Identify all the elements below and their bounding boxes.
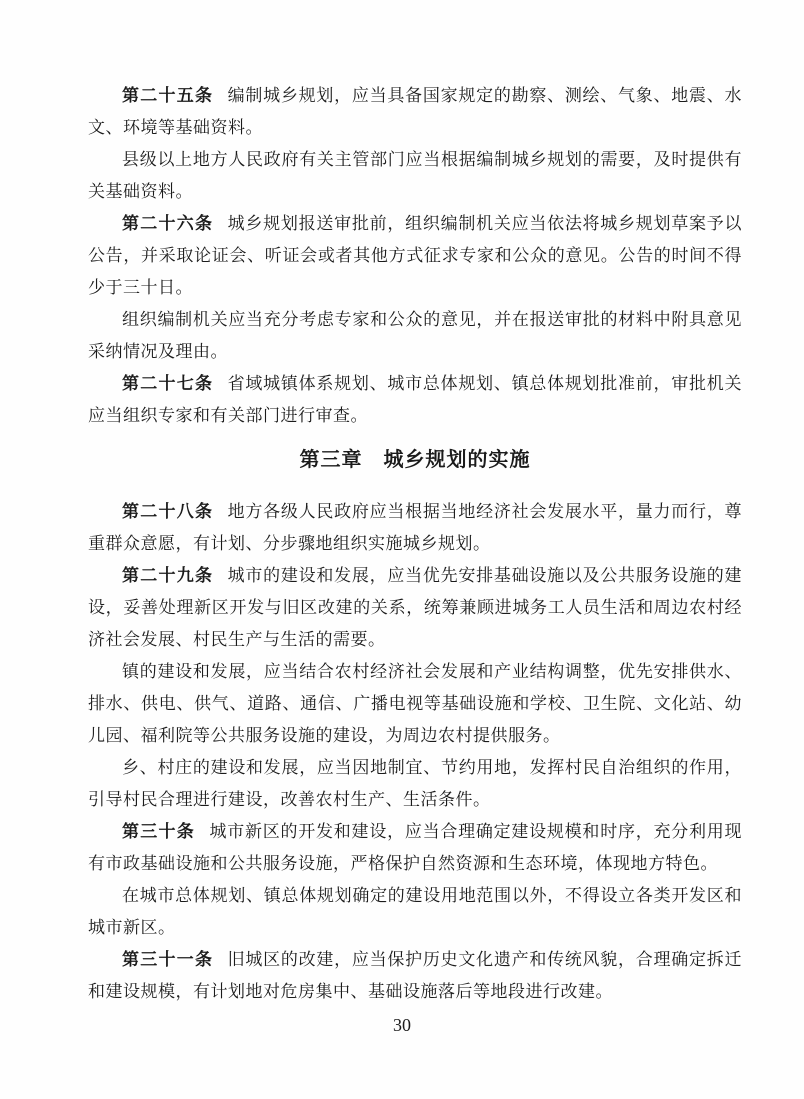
article-lead-paragraph: 第三十一条旧城区的改建，应当保护历史文化遗产和传统风貌，合理确定拆迁和建设规模，… (88, 944, 742, 1008)
article-number: 第三十一条 (122, 950, 213, 969)
article-number: 第二十九条 (122, 566, 213, 585)
article-paragraph: 县级以上地方人民政府有关主管部门应当根据编制城乡规划的需要，及时提供有关基础资料… (88, 144, 742, 208)
document-content: 第二十五条编制城乡规划，应当具备国家规定的勘察、测绘、气象、地震、水文、环境等基… (88, 80, 742, 1008)
page-number: 30 (0, 1012, 804, 1038)
article-number: 第二十五条 (122, 86, 213, 105)
document-page: 第二十五条编制城乡规划，应当具备国家规定的勘察、测绘、气象、地震、水文、环境等基… (0, 0, 804, 1099)
article-lead-paragraph: 第二十六条城乡规划报送审批前，组织编制机关应当依法将城乡规划草案予以公告，并采取… (88, 208, 742, 304)
article-lead-paragraph: 第二十五条编制城乡规划，应当具备国家规定的勘察、测绘、气象、地震、水文、环境等基… (88, 80, 742, 144)
article-paragraph: 组织编制机关应当充分考虑专家和公众的意见，并在报送审批的材料中附具意见采纳情况及… (88, 304, 742, 368)
article-paragraph: 在城市总体规划、镇总体规划确定的建设用地范围以外，不得设立各类开发区和城市新区。 (88, 880, 742, 944)
article-number: 第二十七条 (122, 374, 213, 393)
article-paragraph: 乡、村庄的建设和发展，应当因地制宜、节约用地，发挥村民自治组织的作用，引导村民合… (88, 752, 742, 816)
article-number: 第三十条 (122, 822, 195, 841)
article-lead-paragraph: 第二十八条地方各级人民政府应当根据当地经济社会发展水平，量力而行，尊重群众意愿，… (88, 496, 742, 560)
article-lead-paragraph: 第二十九条城市的建设和发展，应当优先安排基础设施以及公共服务设施的建设，妥善处理… (88, 560, 742, 656)
article-paragraph: 镇的建设和发展，应当结合农村经济社会发展和产业结构调整，优先安排供水、排水、供电… (88, 656, 742, 752)
article-number: 第二十八条 (122, 502, 213, 521)
article-lead-paragraph: 第三十条城市新区的开发和建设，应当合理确定建设规模和时序，充分利用现有市政基础设… (88, 816, 742, 880)
article-number: 第二十六条 (122, 214, 213, 233)
article-lead-paragraph: 第二十七条省域城镇体系规划、城市总体规划、镇总体规划批准前，审批机关应当组织专家… (88, 368, 742, 432)
chapter-heading: 第三章 城乡规划的实施 (88, 444, 742, 476)
